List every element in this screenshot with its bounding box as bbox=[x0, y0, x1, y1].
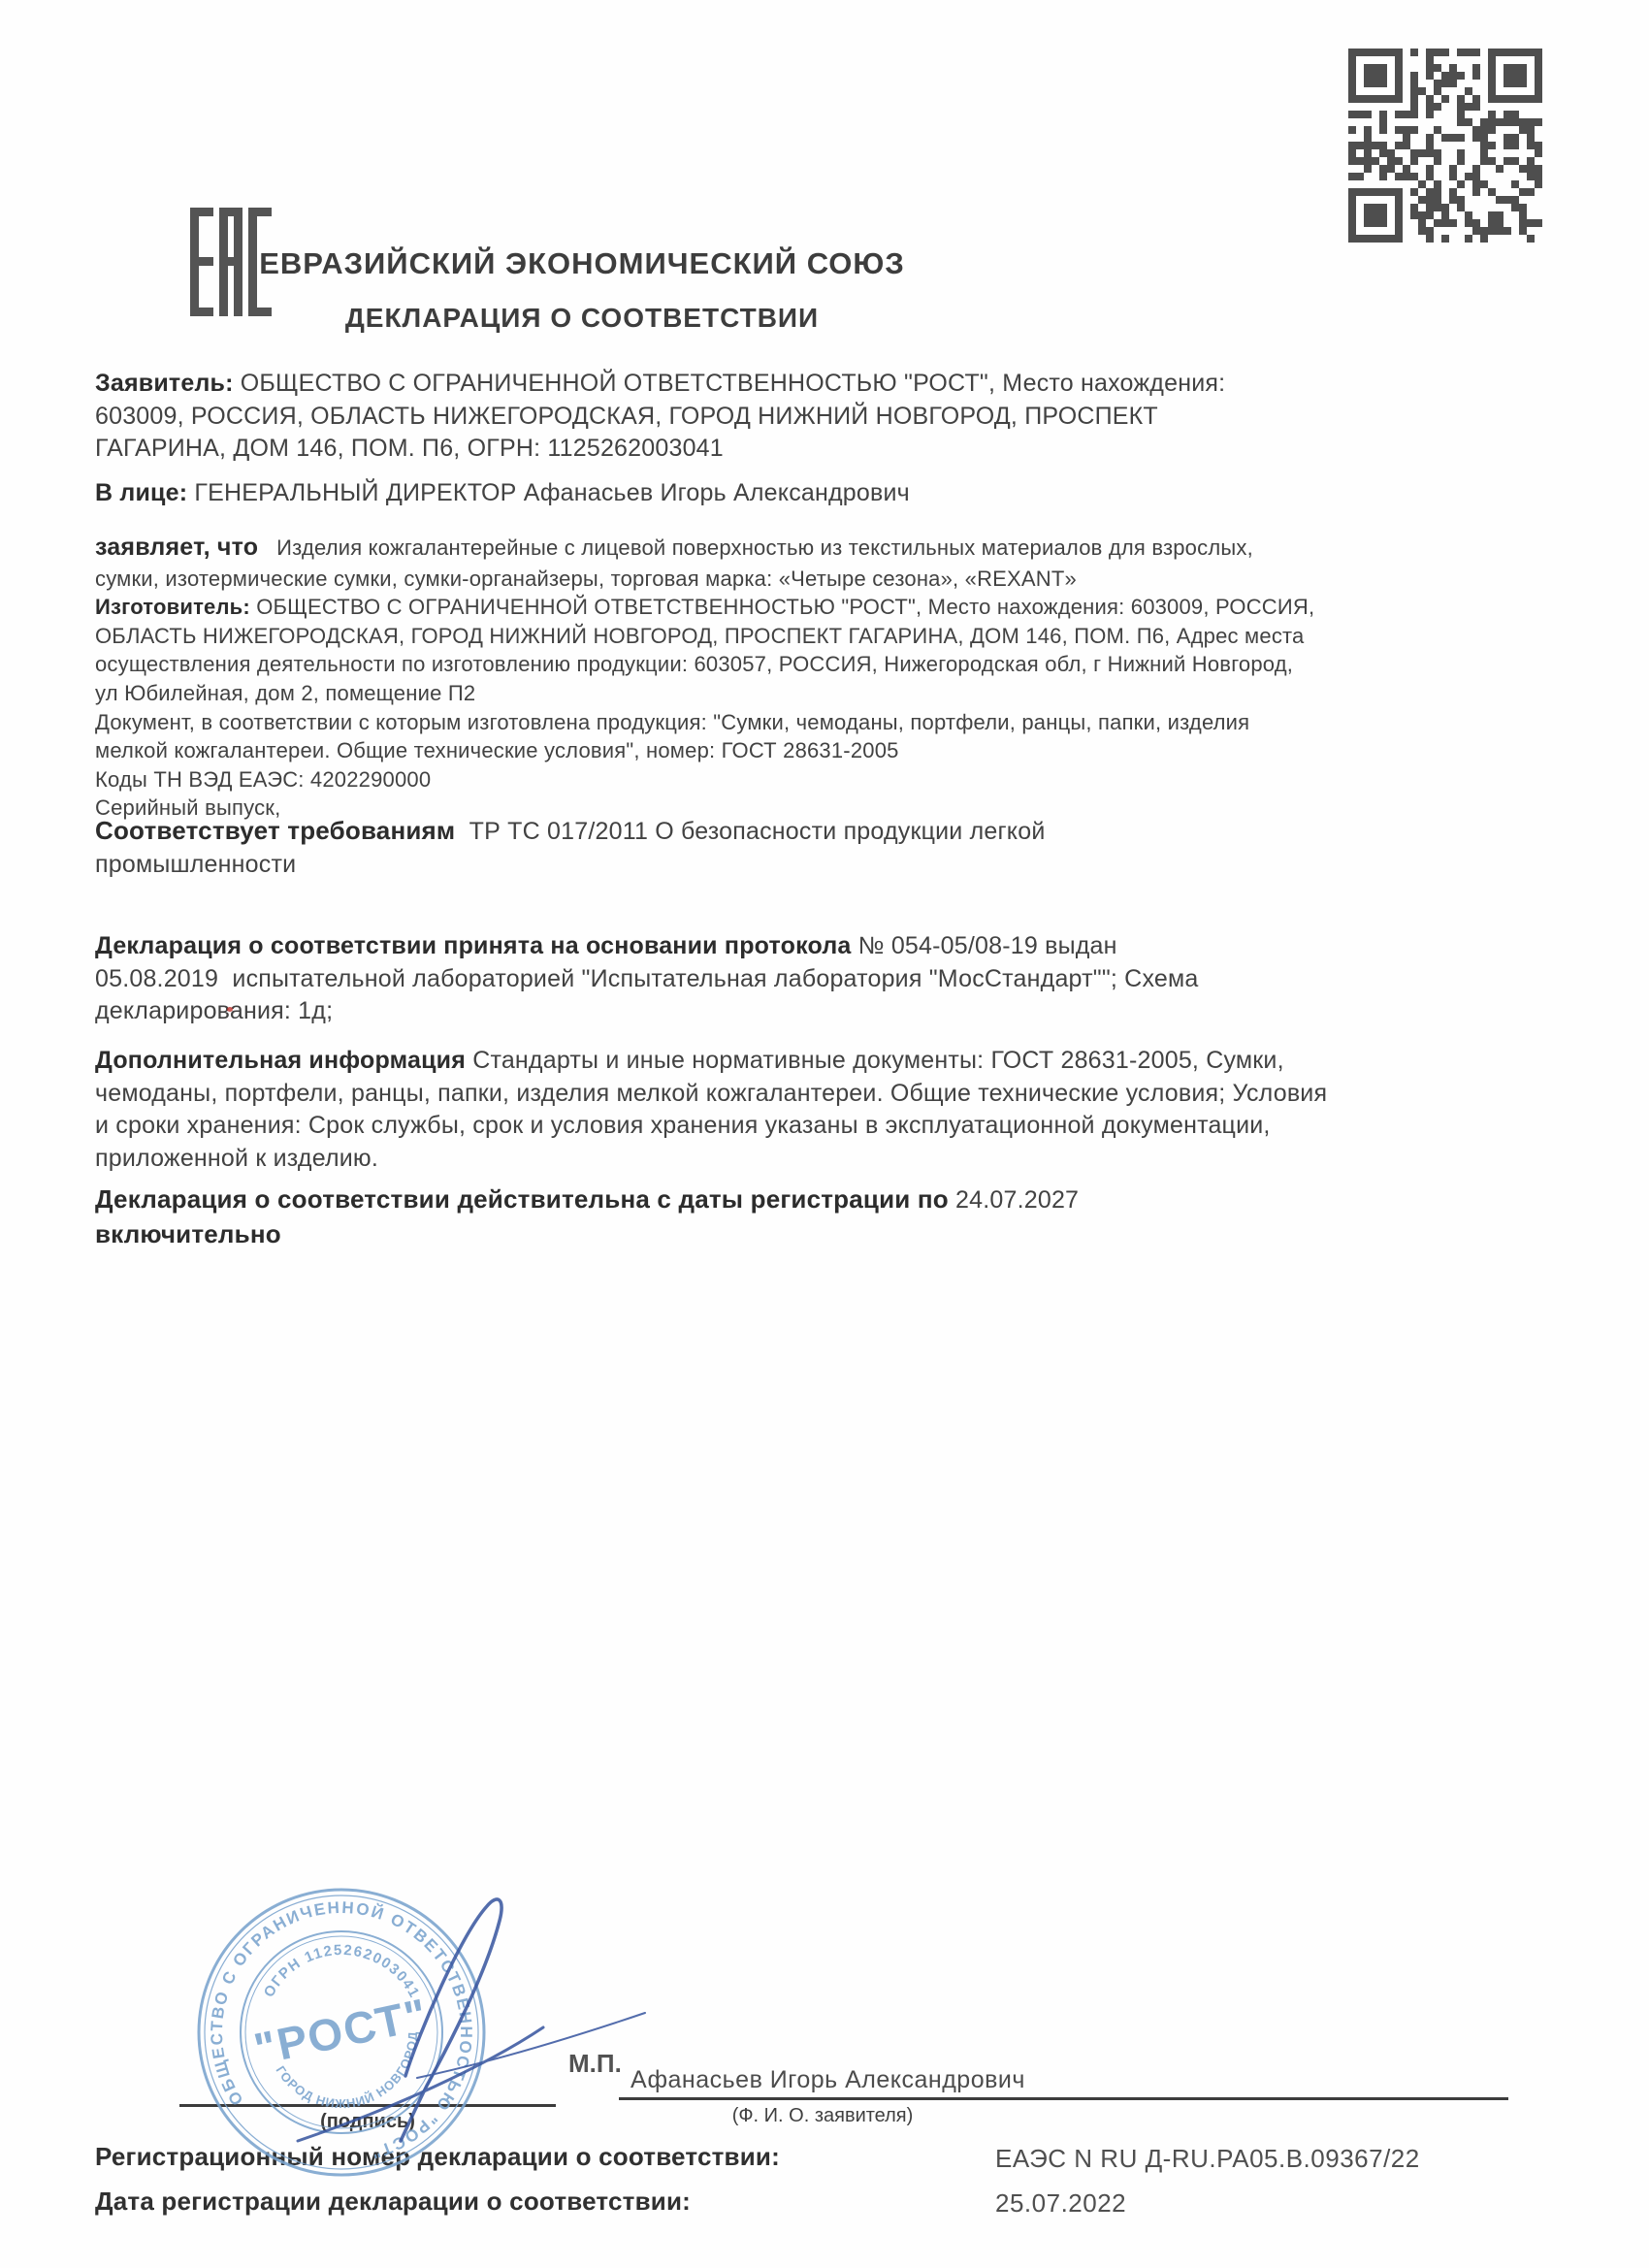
person-label: В лице: bbox=[95, 479, 187, 506]
manufacturer-text: ОБЩЕСТВО С ОГРАНИЧЕННОЙ ОТВЕТСТВЕННОСТЬЮ… bbox=[95, 595, 1314, 705]
registration-number-value: ЕАЭС N RU Д-RU.РА05.В.09367/22 bbox=[995, 2144, 1420, 2174]
product-text: Изделия кожгалантерейные с лицевой повер… bbox=[95, 535, 1253, 591]
validity-label: Декларация о соответствии действительна … bbox=[95, 1184, 949, 1214]
compliance-label: Соответствует требованиям bbox=[95, 816, 455, 845]
applicant-fio: Афанасьев Игорь Александрович bbox=[630, 2066, 1025, 2094]
document-title: ДЕКЛАРАЦИЯ О СООТВЕТСТВИИ bbox=[58, 303, 1106, 334]
additional-label: Дополнительная информация bbox=[95, 1047, 466, 1074]
validity-label2: включительно bbox=[95, 1219, 281, 1248]
declares-label: заявляет, что bbox=[95, 534, 258, 561]
handwritten-signature bbox=[272, 1877, 660, 2168]
basis-label: Декларация о соответствии принята на осн… bbox=[95, 932, 852, 959]
validity-paragraph: Декларация о соответствии действительна … bbox=[95, 1183, 1577, 1251]
person-text: ГЕНЕРАЛЬНЫЙ ДИРЕКТОР Афанасьев Игорь Але… bbox=[187, 479, 910, 506]
additional-info-paragraph: Дополнительная информация Стандарты и ин… bbox=[95, 1045, 1577, 1175]
union-title: ЕВРАЗИЙСКИЙ ЭКОНОМИЧЕСКИЙ СОЮЗ bbox=[58, 246, 1106, 281]
compliance-paragraph: Соответствует требованиям ТР ТС 017/2011… bbox=[95, 814, 1577, 881]
manufacturer-label: Изготовитель: bbox=[95, 595, 250, 619]
person-paragraph: В лице: ГЕНЕРАЛЬНЫЙ ДИРЕКТОР Афанасьев И… bbox=[95, 477, 1577, 510]
registration-date-label: Дата регистрации декларации о соответств… bbox=[95, 2187, 691, 2217]
applicant-text: ОБЩЕСТВО С ОГРАНИЧЕННОЙ ОТВЕТСТВЕННОСТЬЮ… bbox=[95, 370, 1225, 462]
fio-caption: (Ф. И. О. заявителя) bbox=[619, 2105, 1026, 2127]
applicant-label: Заявитель: bbox=[95, 370, 234, 397]
applicant-paragraph: Заявитель: ОБЩЕСТВО С ОГРАНИЧЕННОЙ ОТВЕТ… bbox=[95, 368, 1577, 466]
basis-paragraph: Декларация о соответствии принята на осн… bbox=[95, 930, 1577, 1028]
document-basis-text: Документ, в соответствии с которым изгот… bbox=[95, 710, 1249, 763]
registration-date-value: 25.07.2022 bbox=[995, 2188, 1126, 2219]
declares-paragraph: заявляет, что Изделия кожгалантерейные с… bbox=[95, 532, 1577, 823]
qr-code bbox=[1348, 49, 1542, 243]
declaration-document: ЕВРАЗИЙСКИЙ ЭКОНОМИЧЕСКИЙ СОЮЗ ДЕКЛАРАЦИ… bbox=[0, 0, 1649, 2268]
fio-line bbox=[619, 2097, 1508, 2100]
validity-date: 24.07.2027 bbox=[949, 1186, 1079, 1214]
ink-speck bbox=[227, 1007, 233, 1012]
tnved-codes: Коды ТН ВЭД ЕАЭС: 4202290000 bbox=[95, 767, 431, 792]
